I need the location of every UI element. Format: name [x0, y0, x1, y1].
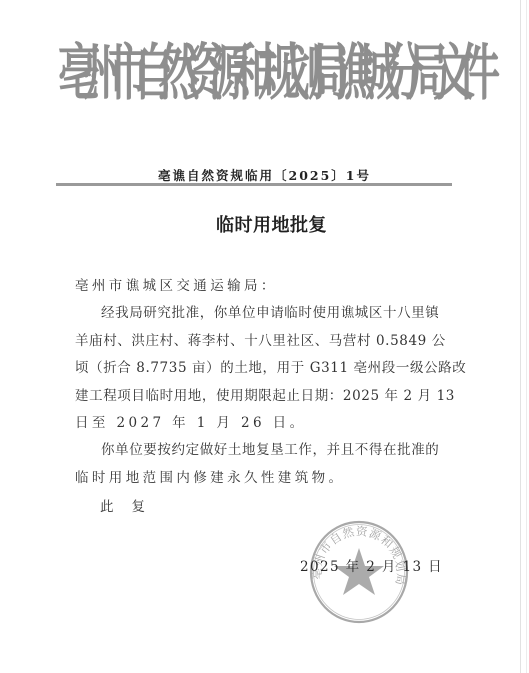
- paragraph-1-line-4: 建工程项目临时用地，使用期限起止日期：2025 年 2 月 13: [75, 383, 437, 410]
- document-body: 亳州市谯城区交通运输局： 经我局研究批准，你单位申请临时使用谯城区十八里镇 羊庙…: [75, 273, 437, 492]
- header-rule: [56, 183, 452, 186]
- issue-date: 2025 年 2 月 13 日: [300, 557, 443, 577]
- paragraph-2-line-2: 临时用地范围内修建永久性建筑物。: [75, 465, 437, 492]
- recipient: 亳州市谯城区交通运输局：: [75, 273, 437, 300]
- document-number: 亳谯自然资规临用〔2025〕1号: [0, 168, 529, 184]
- page-edge: [520, 0, 521, 673]
- closing-phrase: 此复: [100, 497, 163, 517]
- paragraph-1-line-3: 顷（折合 8.7735 亩）的土地，用于 G311 亳州段一级公路改: [75, 355, 437, 382]
- paragraph-1-line-2: 羊庙村、洪庄村、蒋李村、十八里社区、马营村 0.5849 公: [75, 328, 437, 355]
- paragraph-1-line-5: 日至 2027 年 1 月 26 日。: [75, 410, 437, 437]
- document-title: 临时用地批复: [0, 214, 529, 238]
- issuer-header: 亳州市自然资源和规划局谯城分局文件: [58, 25, 450, 121]
- page-edge-shadow: [526, 0, 527, 673]
- issuer-header-text: 亳州市自然资源和规划局谯城分局文件: [58, 25, 483, 121]
- paragraph-1-line-1: 经我局研究批准，你单位申请临时使用谯城区十八里镇: [75, 300, 437, 327]
- paragraph-2-line-1: 你单位要按约定做好土地复垦工作，并且不得在批准的: [75, 437, 437, 464]
